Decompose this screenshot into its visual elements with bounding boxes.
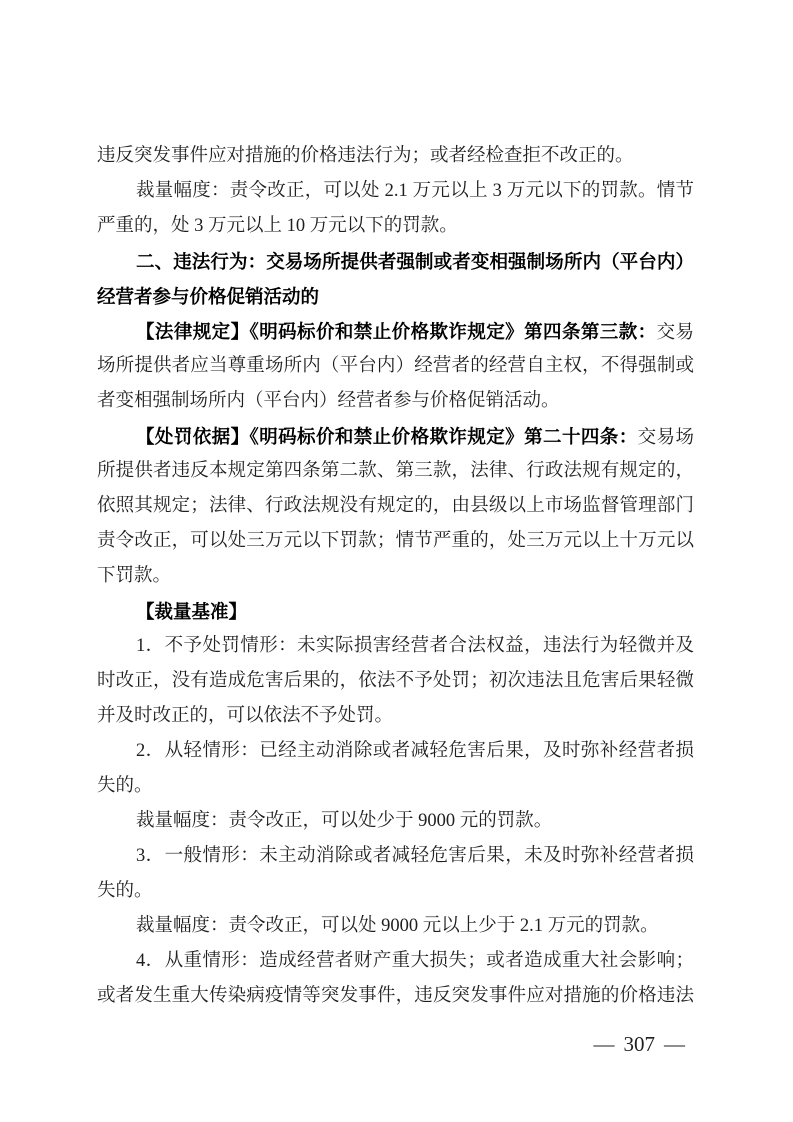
penalty-basis-line-4: 责令改正，可以处三万元以下罚款；情节严重的，处三万元以上十万元以: [97, 524, 694, 559]
item-4-aggravated-line-1: 4．从重情形：造成经营者财产重大损失；或者造成重大社会影响；: [97, 944, 694, 979]
footer-dash-right: —: [664, 1032, 685, 1057]
legal-provision-text: 交易: [657, 323, 694, 343]
item-3-general-line-1: 3．一般情形：未主动消除或者减轻危害后果，未及时弥补经营者损: [97, 839, 694, 874]
item-3-general-line-2: 失的。: [97, 874, 694, 909]
penalty-basis-line-1: 【处罚依据】《明码标价和禁止价格欺诈规定》第二十四条：交易场: [97, 419, 694, 454]
item-3-discretion-range: 裁量幅度：责令改正，可以处 9000 元以上少于 2.1 万元的罚款。: [97, 909, 694, 944]
document-page: 违反突发事件应对措施的价格违法行为；或者经检查拒不改正的。 裁量幅度：责令改正，…: [0, 0, 793, 1122]
item-1-no-penalty-line-1: 1．不予处罚情形：未实际损害经营者合法权益，违法行为轻微并及: [97, 629, 694, 664]
item-1-no-penalty-line-2: 时改正，没有造成危害后果的，依法不予处罚；初次违法且危害后果轻微: [97, 664, 694, 699]
item-2-discretion-range: 裁量幅度：责令改正，可以处少于 9000 元的罚款。: [97, 804, 694, 839]
legal-provision-line-2: 场所提供者应当尊重场所内（平台内）经营者的经营自主权，不得强制或: [97, 349, 694, 384]
document-body: 违反突发事件应对措施的价格违法行为；或者经检查拒不改正的。 裁量幅度：责令改正，…: [97, 139, 694, 1014]
legal-provision-line-3: 者变相强制场所内（平台内）经营者参与价格促销活动。: [97, 384, 694, 419]
discretion-standard-heading: 【裁量基准】: [97, 594, 694, 629]
penalty-basis-line-5: 下罚款。: [97, 559, 694, 594]
footer-dash-left: —: [594, 1032, 615, 1057]
violation-heading-line-2: 经营者参与价格促销活动的: [97, 279, 694, 314]
continuation-text-line: 违反突发事件应对措施的价格违法行为；或者经检查拒不改正的。: [97, 139, 694, 174]
penalty-basis-text: 交易场: [638, 428, 694, 448]
violation-heading-line-1: 二、违法行为：交易场所提供者强制或者变相强制场所内（平台内）: [97, 244, 694, 279]
penalty-basis-line-2: 所提供者违反本规定第四条第二款、第三款，法律、行政法规有规定的，: [97, 454, 694, 489]
item-4-aggravated-line-2: 或者发生重大传染病疫情等突发事件，违反突发事件应对措施的价格违法: [97, 979, 694, 1014]
discretion-range-line-1: 裁量幅度：责令改正，可以处 2.1 万元以上 3 万元以下的罚款。情节: [97, 174, 694, 209]
item-1-no-penalty-line-3: 并及时改正的，可以依法不予处罚。: [97, 699, 694, 734]
legal-provision-label: 【法律规定】《明码标价和禁止价格欺诈规定》第四条第三款：: [136, 321, 657, 342]
page-number: 307: [624, 1032, 656, 1057]
discretion-range-line-2: 严重的，处 3 万元以上 10 万元以下的罚款。: [97, 209, 694, 244]
item-2-lenient-line-2: 失的。: [97, 769, 694, 804]
page-footer: —307—: [97, 1032, 694, 1057]
item-2-lenient-line-1: 2．从轻情形：已经主动消除或者减轻危害后果，及时弥补经营者损: [97, 734, 694, 769]
penalty-basis-line-3: 依照其规定；法律、行政法规没有规定的，由县级以上市场监督管理部门: [97, 489, 694, 524]
penalty-basis-label: 【处罚依据】《明码标价和禁止价格欺诈规定》第二十四条：: [136, 426, 638, 447]
legal-provision-line-1: 【法律规定】《明码标价和禁止价格欺诈规定》第四条第三款：交易: [97, 314, 694, 349]
